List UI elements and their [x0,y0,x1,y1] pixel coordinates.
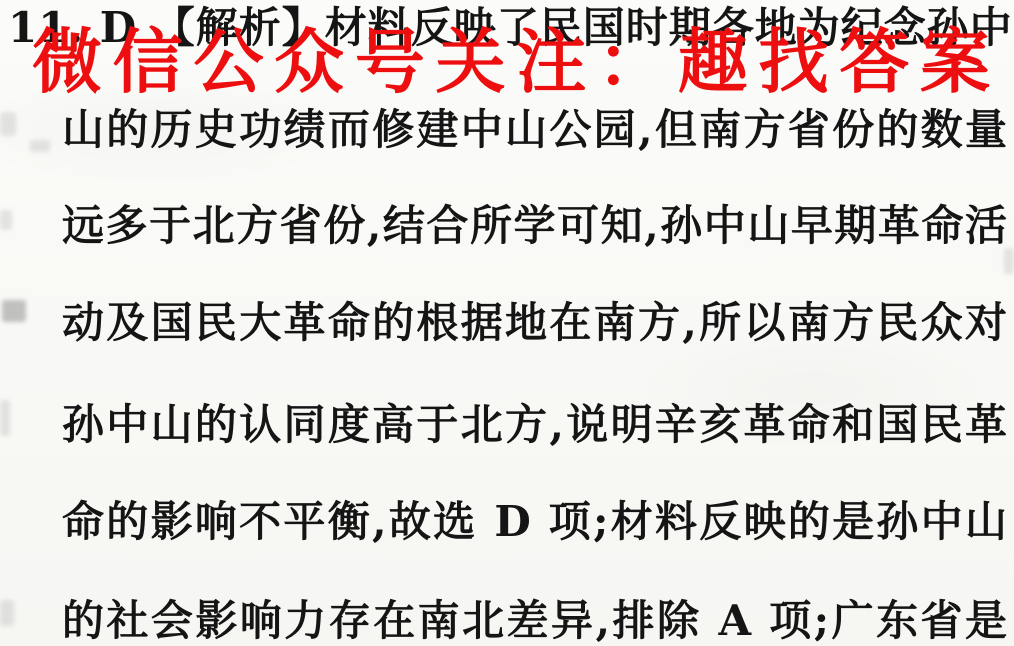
scan-smudge [30,140,50,152]
scanned-answer-page: 11. D 【解析】材料反映了民国时期各地为纪念孙中 山的历史功绩而修建中山公园… [0,0,1014,646]
solution-line-4: 动及国民大革命的根据地在南方,所以南方民众对 [62,299,1008,347]
watermark-overlay: 微信公众号关注：趣找答案 [32,26,990,100]
scan-smudge [0,400,10,436]
scan-smudge [0,112,16,136]
solution-line-3: 远多于北方省份,结合所学可知,孙中山早期革命活 [62,202,1008,250]
scan-smudge [1004,248,1014,274]
solution-line-7: 的社会影响力存在南北差异,排除 A 项;广东省是 [62,597,1008,645]
solution-line-2: 山的历史功绩而修建中山公园,但南方省份的数量 [62,106,1008,154]
scan-smudge [0,600,14,626]
solution-line-6: 命的影响不平衡,故选 D 项;材料反映的是孙中山 [62,498,1008,546]
scan-smudge [0,210,12,230]
solution-line-5: 孙中山的认同度高于北方,说明辛亥革命和国民革 [62,401,1008,449]
scan-smudge [2,300,26,322]
